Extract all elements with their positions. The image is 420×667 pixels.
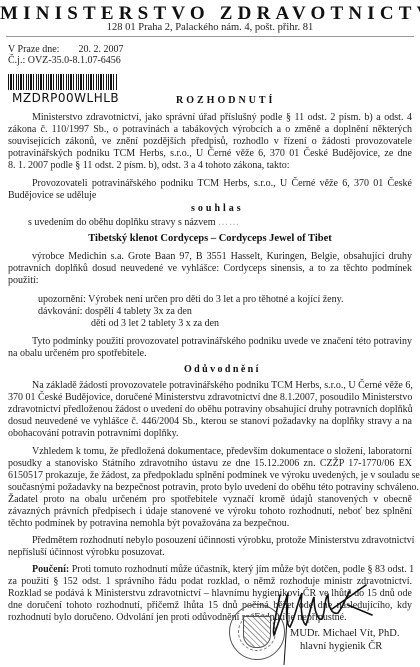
date-label: V Praze dne:	[8, 44, 59, 55]
decision-title: ROZHODNUTÍ	[176, 95, 275, 106]
labeling-line: Tyto podmínky použití provozovatel potra…	[32, 336, 412, 348]
justification-line: zdravotnictví předloženou žádost o uvede…	[8, 404, 412, 416]
warning-line: upozornění: Výrobek není určen pro děti …	[38, 294, 420, 306]
date-line: V Praze dne: 20. 2. 2007	[8, 44, 123, 55]
warning-text: Výrobek není určen pro děti do 3 let a p…	[88, 294, 343, 305]
justification-line: Na základě žádosti provozovatele potravi…	[32, 380, 412, 392]
justification-line: 370 01 České Budějovice, doručené Minist…	[8, 392, 412, 404]
barcode	[8, 74, 118, 90]
grant-line: Budějovice se uděluje	[8, 190, 412, 202]
barcode-text: MZDRP00WLHLB	[12, 91, 119, 105]
grant-line: Provozovateli potravinářského podniku TC…	[32, 178, 412, 190]
ministry-address: 128 01 Praha 2, Palackého nám. 4, pošt. …	[0, 22, 420, 33]
reference-label: Č.j.:	[8, 55, 25, 66]
justification-line: 6150517 prokazuje, že žádost, za předpok…	[8, 470, 412, 482]
dosage-adults: dospělí 4 tablety 3x za den	[85, 306, 192, 317]
justification-line: posudky a stanovisko Státního zdravotníh…	[8, 458, 412, 470]
reference-value: OVZ-35.0-8.1.07-6456	[28, 55, 121, 66]
consent-line: s uvedením do oběhu doplňku stravy s náz…	[28, 217, 420, 229]
justification-line: závazných právních předpisech i údaje st…	[8, 506, 412, 518]
dosage-children: děti od 3 let 2 tablety 3 x za den	[91, 318, 420, 330]
header-divider	[6, 36, 414, 37]
instruction-label: Poučení:	[32, 564, 69, 575]
consent-dots: ……	[218, 217, 240, 228]
manufacturer-line: výrobce Medichin s.a. Grote Baan 97, B 3…	[32, 251, 412, 263]
consent-text: s uvedením do oběhu doplňku stravy s náz…	[28, 217, 215, 228]
signatory-role: hlavní hygienik ČR	[300, 641, 382, 652]
justification-line: obohacování potravin potravními doplňky.	[8, 428, 412, 440]
justification-line: Vzhledem k tomu, že předložená dokumenta…	[32, 446, 412, 458]
justification-line: těchto podmínek by potravina nemohla být…	[8, 518, 412, 530]
instruction-text: Proti tomuto rozhodnutí může účastník, k…	[72, 564, 414, 575]
intro-line: potravinářských podniku TCM Herbs, s.r.o…	[8, 148, 412, 160]
justification-line: Žadatel proto na obalu určeném pro spotř…	[8, 494, 412, 506]
signature-icon	[262, 575, 392, 667]
date-value: 20. 2. 2007	[78, 44, 123, 55]
dosage-label: dávkování:	[38, 306, 82, 317]
manufacturer-line: potravních doplňků dosud neuvedené ve vy…	[8, 263, 412, 275]
justification-line: dosud neuvedené ve vyhlášce č. 446/2004 …	[8, 416, 412, 428]
intro-line: zákona č. 110/1997 Sb., o potravinách a …	[8, 124, 412, 136]
justification-line: nepřísluší účinnost výrobku posuzovat.	[8, 547, 412, 559]
dosage-line: dávkování: dospělí 4 tablety 3x za den	[38, 306, 420, 318]
labeling-line: na obalu určeném pro spotřebitele.	[8, 348, 412, 360]
justification-line: Předmětem rozhodnutí nebylo posouzení úč…	[32, 535, 412, 547]
intro-line: 8. 1. 2007 podle § 11 odst. 2 písm. b), …	[8, 160, 412, 172]
signatory-name: MUDr. Michael Vít, PhD.	[290, 628, 399, 639]
justification-title: Odůvodnění	[184, 364, 261, 375]
intro-line: Ministerstvo zdravotnictví, jako správní…	[32, 112, 412, 124]
consent-heading: souhlas	[191, 203, 244, 214]
warning-label: upozornění:	[38, 294, 86, 305]
reference-line: Č.j.: OVZ-35.0-8.1.07-6456	[8, 55, 121, 66]
intro-line: souvisejících zákonů, ve znění pozdějšíc…	[8, 136, 412, 148]
justification-line: současnými požadavky na bezpečnost potra…	[8, 482, 412, 494]
product-name: Tibetský klenot Cordyceps – Cordyceps Je…	[0, 233, 420, 244]
manufacturer-line: použití:	[8, 275, 412, 287]
